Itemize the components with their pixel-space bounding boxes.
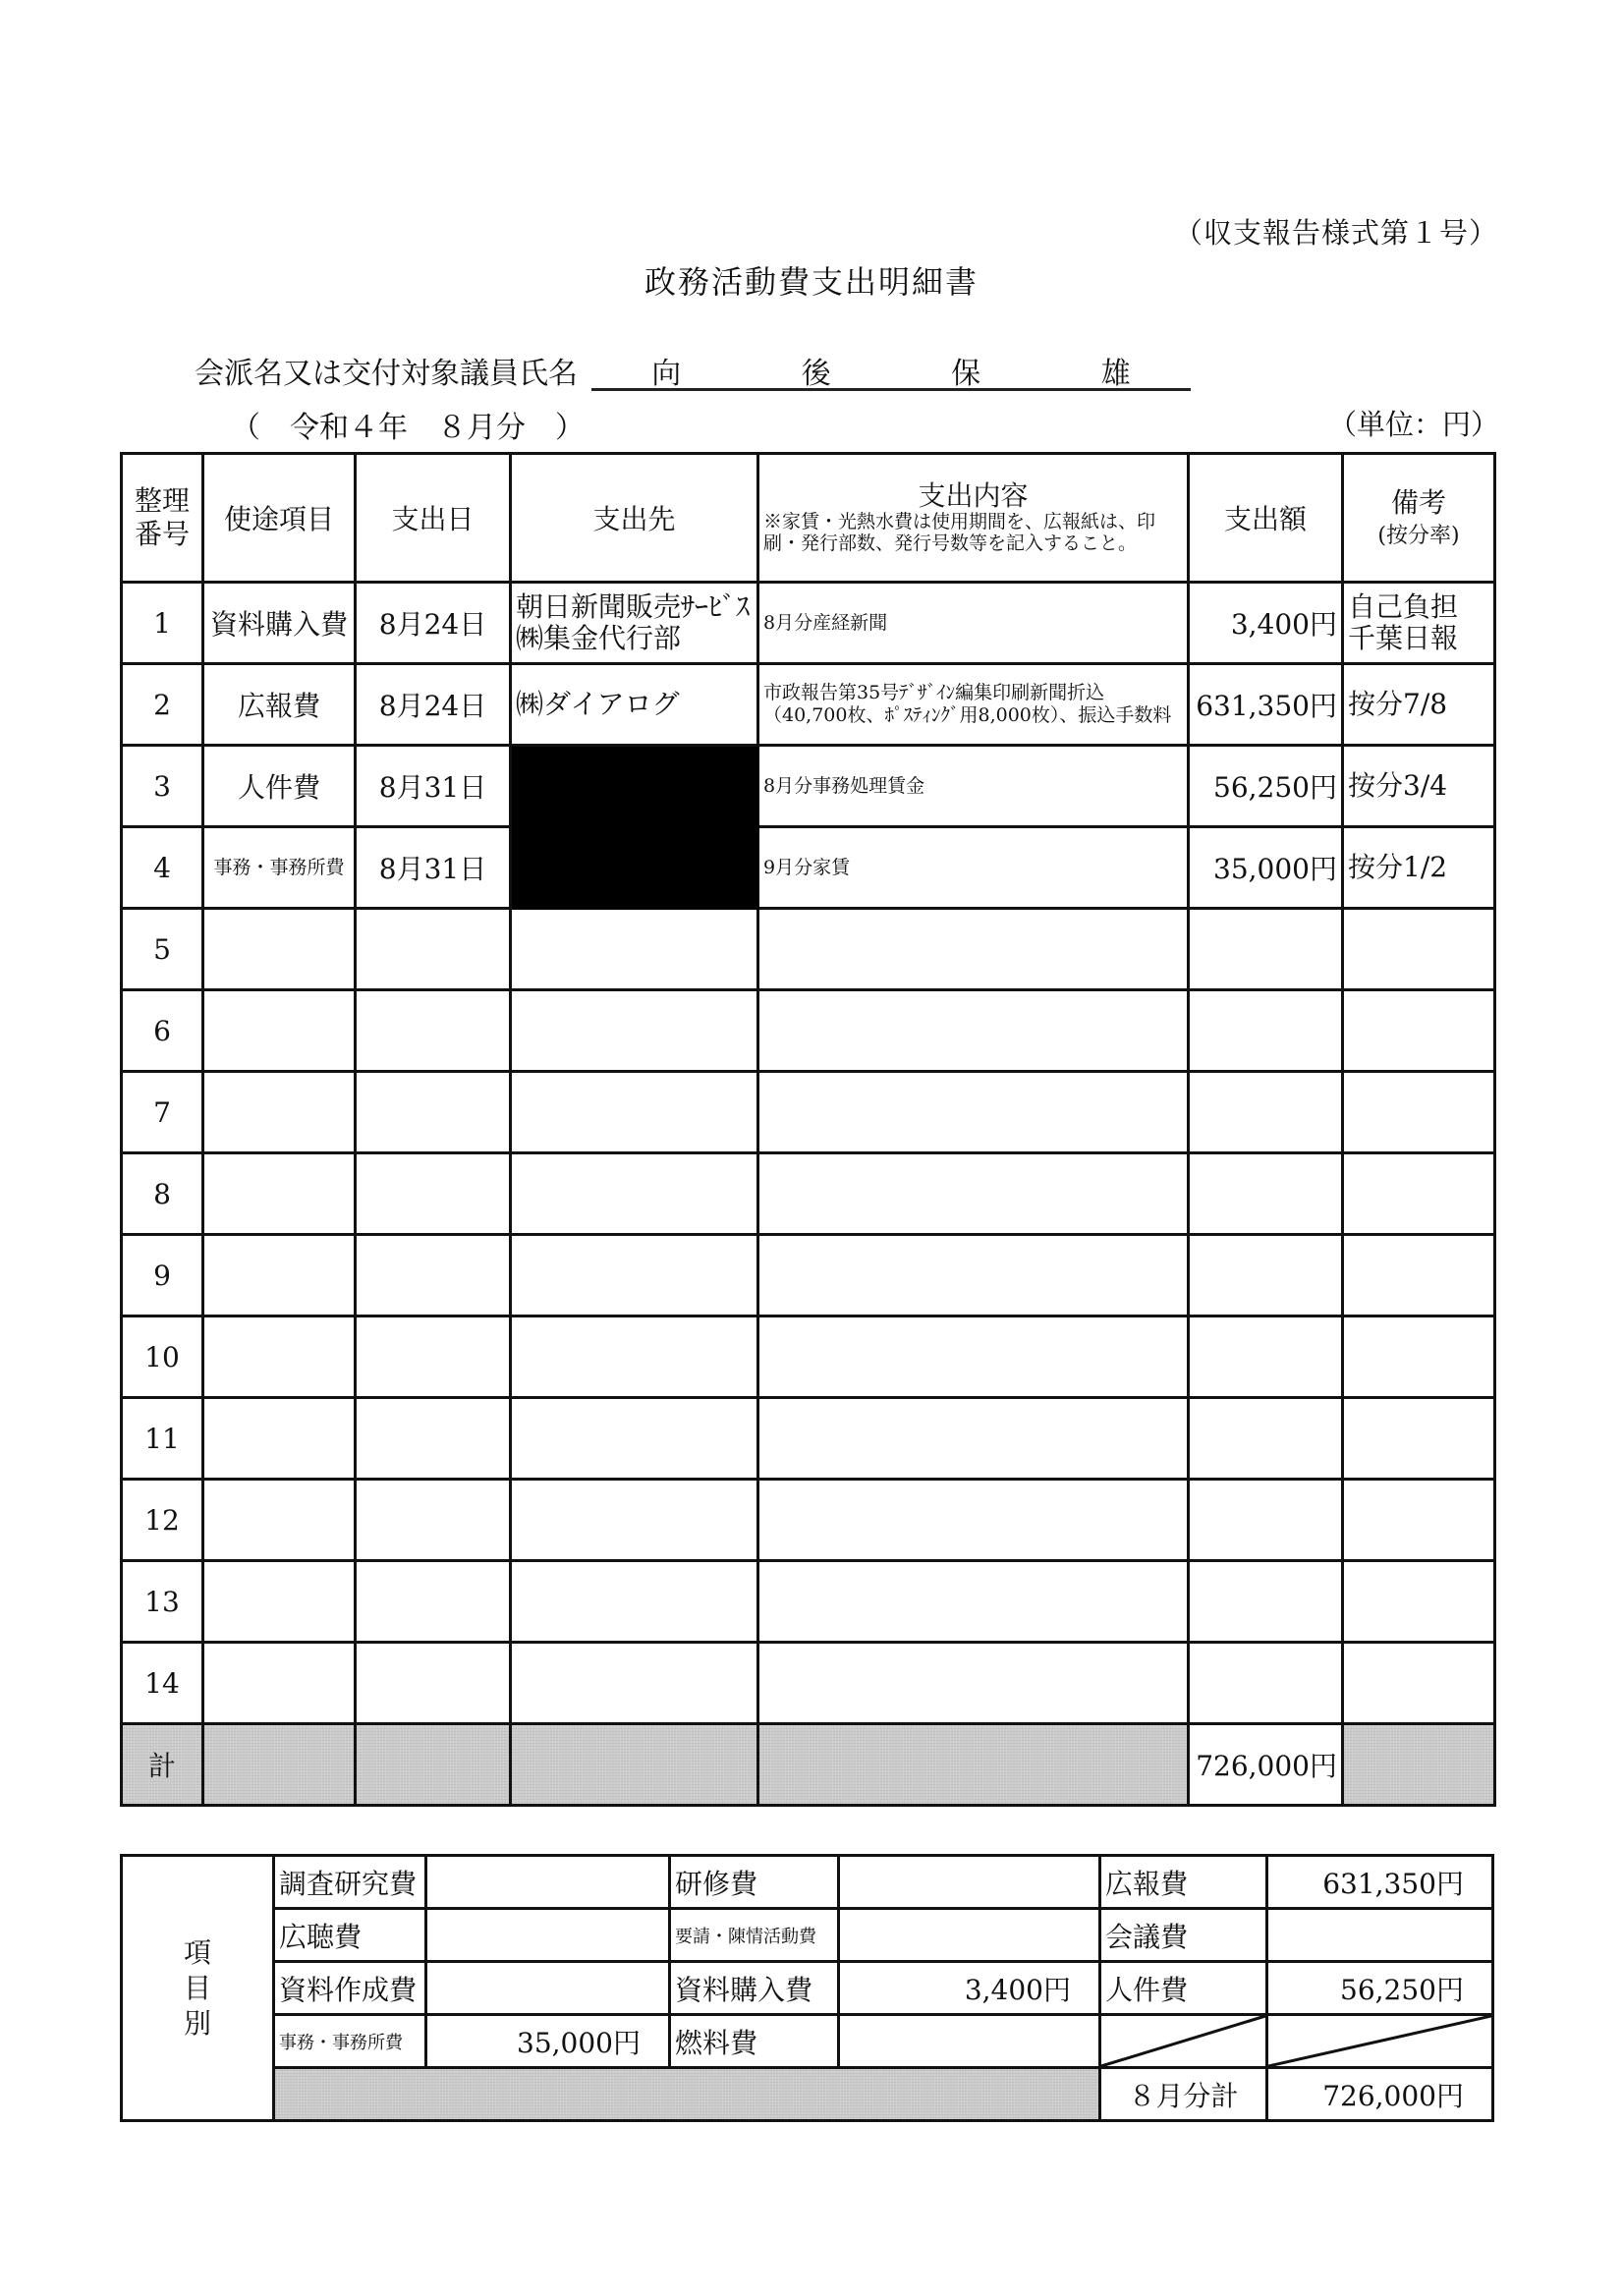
row-content bbox=[758, 909, 1189, 990]
row-amount bbox=[1189, 990, 1343, 1072]
row-no: 9 bbox=[122, 1235, 203, 1316]
summary-label: 資料購入費 bbox=[670, 1962, 839, 2015]
page-title: 政務活動費支出明細書 bbox=[0, 257, 1623, 303]
row-purpose bbox=[203, 990, 356, 1072]
row-payee bbox=[511, 909, 758, 990]
member-name-char: 向 bbox=[651, 349, 681, 388]
row-payee bbox=[511, 990, 758, 1072]
row-purpose bbox=[203, 1561, 356, 1643]
row-content: 市政報告第35号ﾃﾞｻﾞｲﾝ編集印刷新聞折込（40,700枚、ﾎﾟｽﾃｨﾝｸﾞ用… bbox=[758, 664, 1189, 746]
row-no: 11 bbox=[122, 1398, 203, 1480]
row-remarks: 自己負担 千葉日報 bbox=[1343, 583, 1495, 664]
summary-label: 事務・事務所費 bbox=[274, 2015, 426, 2068]
unit-label: （単位：円） bbox=[1328, 403, 1499, 443]
total-empty bbox=[511, 1724, 758, 1806]
row-amount: 3,400円 bbox=[1189, 583, 1343, 664]
summary-value bbox=[426, 1962, 670, 2015]
total-empty bbox=[203, 1724, 356, 1806]
summary-label: 広報費 bbox=[1100, 1856, 1267, 1909]
row-amount bbox=[1189, 1316, 1343, 1398]
row-remarks bbox=[1343, 1398, 1495, 1480]
table-row: 11 bbox=[122, 1398, 1495, 1480]
summary-value bbox=[839, 1856, 1100, 1909]
row-remarks bbox=[1343, 990, 1495, 1072]
table-row: 14 bbox=[122, 1643, 1495, 1724]
row-no: 3 bbox=[122, 746, 203, 827]
row-date: 8月31日 bbox=[356, 746, 511, 827]
row-purpose: 人件費 bbox=[203, 746, 356, 827]
row-date bbox=[356, 1316, 511, 1398]
summary-value: 631,350円 bbox=[1267, 1856, 1493, 1909]
member-label: 会派名又は交付対象議員氏名 bbox=[195, 349, 578, 392]
row-remarks bbox=[1343, 1235, 1495, 1316]
total-label: 計 bbox=[122, 1724, 203, 1806]
row-purpose: 資料購入費 bbox=[203, 583, 356, 664]
diagonal-strike-icon bbox=[1268, 2016, 1491, 2066]
table-row: 7 bbox=[122, 1072, 1495, 1153]
table-row: 6 bbox=[122, 990, 1495, 1072]
row-no: 12 bbox=[122, 1480, 203, 1561]
table-row: 2広報費8月24日㈱ダイアログ市政報告第35号ﾃﾞｻﾞｲﾝ編集印刷新聞折込（40… bbox=[122, 664, 1495, 746]
header-remarks: 備考 (按分率) bbox=[1343, 454, 1495, 583]
row-purpose bbox=[203, 1480, 356, 1561]
category-summary-table: 項 目 別 調査研究費 研修費 広報費 631,350円 広聴費 要請・陳情活動… bbox=[120, 1854, 1494, 2122]
row-date bbox=[356, 1561, 511, 1643]
row-amount bbox=[1189, 1480, 1343, 1561]
summary-label: 燃料費 bbox=[670, 2015, 839, 2068]
row-content: 9月分家賃 bbox=[758, 827, 1189, 909]
header-content: 支出内容 ※家賃・光熱水費は使用期間を、広報紙は、印刷・発行部数、発行号数等を記… bbox=[758, 454, 1189, 583]
row-purpose: 事務・事務所費 bbox=[203, 827, 356, 909]
row-no: 8 bbox=[122, 1153, 203, 1235]
row-content bbox=[758, 1153, 1189, 1235]
summary-side-label: 項 目 別 bbox=[122, 1856, 274, 2121]
summary-crossed-cell bbox=[1100, 2015, 1267, 2068]
row-remarks bbox=[1343, 1316, 1495, 1398]
header-remarks-sub: (按分率) bbox=[1344, 519, 1493, 549]
row-no: 5 bbox=[122, 909, 203, 990]
row-payee bbox=[511, 1643, 758, 1724]
row-date bbox=[356, 1643, 511, 1724]
row-payee bbox=[511, 1072, 758, 1153]
member-name-char: 雄 bbox=[1101, 349, 1131, 388]
row-date: 8月24日 bbox=[356, 583, 511, 664]
row-purpose bbox=[203, 1072, 356, 1153]
row-payee: 朝日新聞販売ｻｰﾋﾞｽ㈱集金代行部 bbox=[511, 583, 758, 664]
table-row: 13 bbox=[122, 1561, 1495, 1643]
table-row: 4事務・事務所費8月31日9月分家賃35,000円按分1/2 bbox=[122, 827, 1495, 909]
summary-label: 調査研究費 bbox=[274, 1856, 426, 1909]
row-remarks bbox=[1343, 909, 1495, 990]
month-total-label: ８月分計 bbox=[1100, 2068, 1267, 2121]
header-no: 整理 番号 bbox=[122, 454, 203, 583]
header-content-note: ※家賃・光熱水費は使用期間を、広報紙は、印刷・発行部数、発行号数等を記入すること… bbox=[759, 511, 1187, 554]
row-content bbox=[758, 990, 1189, 1072]
row-no: 10 bbox=[122, 1316, 203, 1398]
row-content: 8月分事務処理賃金 bbox=[758, 746, 1189, 827]
table-header: 整理 番号 使途項目 支出日 支出先 支出内容 ※家賃・光熱水費は使用期間を、広… bbox=[122, 454, 1495, 583]
row-purpose bbox=[203, 1153, 356, 1235]
row-purpose: 広報費 bbox=[203, 664, 356, 746]
row-amount: 631,350円 bbox=[1189, 664, 1343, 746]
summary-value bbox=[1267, 1909, 1493, 1962]
form-number: （収支報告様式第１号） bbox=[1174, 211, 1498, 252]
row-remarks bbox=[1343, 1561, 1495, 1643]
row-payee: ㈱ダイアログ bbox=[511, 664, 758, 746]
summary-crossed-cell bbox=[1267, 2015, 1493, 2068]
member-name-char: 保 bbox=[951, 349, 980, 388]
row-no: 4 bbox=[122, 827, 203, 909]
row-remarks bbox=[1343, 1643, 1495, 1724]
row-amount bbox=[1189, 909, 1343, 990]
row-date bbox=[356, 909, 511, 990]
row-amount bbox=[1189, 1153, 1343, 1235]
row-content bbox=[758, 1643, 1189, 1724]
row-no: 7 bbox=[122, 1072, 203, 1153]
row-no: 13 bbox=[122, 1561, 203, 1643]
header-amount: 支出額 bbox=[1189, 454, 1343, 583]
header-date: 支出日 bbox=[356, 454, 511, 583]
row-date bbox=[356, 1235, 511, 1316]
table-row: 8 bbox=[122, 1153, 1495, 1235]
table-row: 1資料購入費8月24日朝日新聞販売ｻｰﾋﾞｽ㈱集金代行部8月分産経新聞3,400… bbox=[122, 583, 1495, 664]
row-no: 14 bbox=[122, 1643, 203, 1724]
summary-value: 35,000円 bbox=[426, 2015, 670, 2068]
row-amount bbox=[1189, 1398, 1343, 1480]
row-remarks bbox=[1343, 1153, 1495, 1235]
row-remarks: 按分7/8 bbox=[1343, 664, 1495, 746]
row-no: 6 bbox=[122, 990, 203, 1072]
period: （ 令和４年 ８月分 ） bbox=[231, 403, 585, 446]
row-content bbox=[758, 1398, 1189, 1480]
summary-label: 広聴費 bbox=[274, 1909, 426, 1962]
row-content bbox=[758, 1235, 1189, 1316]
month-total-value: 726,000円 bbox=[1267, 2068, 1493, 2121]
table-row: 12 bbox=[122, 1480, 1495, 1561]
row-content: 8月分産経新聞 bbox=[758, 583, 1189, 664]
total-row: 計 726,000円 bbox=[122, 1724, 1495, 1806]
row-purpose bbox=[203, 1235, 356, 1316]
table-row: 3人件費8月31日8月分事務処理賃金56,250円按分3/4 bbox=[122, 746, 1495, 827]
row-payee bbox=[511, 1153, 758, 1235]
member-name: 向 後 保 雄 bbox=[591, 349, 1191, 391]
row-purpose bbox=[203, 1316, 356, 1398]
row-no: 1 bbox=[122, 583, 203, 664]
table-row: 9 bbox=[122, 1235, 1495, 1316]
expense-table: 整理 番号 使途項目 支出日 支出先 支出内容 ※家賃・光熱水費は使用期間を、広… bbox=[120, 452, 1496, 1807]
row-payee-redacted bbox=[511, 827, 758, 909]
total-empty bbox=[758, 1724, 1189, 1806]
row-remarks bbox=[1343, 1072, 1495, 1153]
row-remarks: 按分3/4 bbox=[1343, 746, 1495, 827]
table-row: 5 bbox=[122, 909, 1495, 990]
member-name-char: 後 bbox=[802, 349, 831, 388]
row-remarks bbox=[1343, 1480, 1495, 1561]
row-content bbox=[758, 1561, 1189, 1643]
summary-label: 研修費 bbox=[670, 1856, 839, 1909]
summary-value: 56,250円 bbox=[1267, 1962, 1493, 2015]
summary-value: 3,400円 bbox=[839, 1962, 1100, 2015]
diagonal-strike-icon bbox=[1101, 2016, 1265, 2066]
row-date: 8月31日 bbox=[356, 827, 511, 909]
summary-label: 会議費 bbox=[1100, 1909, 1267, 1962]
summary-shaded-area bbox=[274, 2068, 1100, 2121]
row-amount bbox=[1189, 1072, 1343, 1153]
row-payee bbox=[511, 1235, 758, 1316]
summary-label: 資料作成費 bbox=[274, 1962, 426, 2015]
row-amount: 56,250円 bbox=[1189, 746, 1343, 827]
row-purpose bbox=[203, 1398, 356, 1480]
header-payee: 支出先 bbox=[511, 454, 758, 583]
summary-label: 人件費 bbox=[1100, 1962, 1267, 2015]
summary-value bbox=[839, 2015, 1100, 2068]
header-remarks-title: 備考 bbox=[1344, 487, 1493, 519]
row-payee bbox=[511, 1316, 758, 1398]
row-remarks: 按分1/2 bbox=[1343, 827, 1495, 909]
total-amount: 726,000円 bbox=[1189, 1724, 1343, 1806]
row-purpose bbox=[203, 1643, 356, 1724]
row-content bbox=[758, 1316, 1189, 1398]
row-date bbox=[356, 1480, 511, 1561]
total-empty bbox=[1343, 1724, 1495, 1806]
row-no: 2 bbox=[122, 664, 203, 746]
table-row: 10 bbox=[122, 1316, 1495, 1398]
summary-value bbox=[426, 1909, 670, 1962]
row-payee bbox=[511, 1561, 758, 1643]
total-empty bbox=[356, 1724, 511, 1806]
summary-label: 要請・陳情活動費 bbox=[670, 1909, 839, 1962]
row-amount bbox=[1189, 1643, 1343, 1724]
row-content bbox=[758, 1480, 1189, 1561]
row-amount bbox=[1189, 1561, 1343, 1643]
row-amount bbox=[1189, 1235, 1343, 1316]
row-amount: 35,000円 bbox=[1189, 827, 1343, 909]
header-content-title: 支出内容 bbox=[759, 481, 1187, 511]
summary-value bbox=[839, 1909, 1100, 1962]
row-date: 8月24日 bbox=[356, 664, 511, 746]
row-date bbox=[356, 1398, 511, 1480]
header-purpose: 使途項目 bbox=[203, 454, 356, 583]
summary-value bbox=[426, 1856, 670, 1909]
row-payee bbox=[511, 1398, 758, 1480]
row-purpose bbox=[203, 909, 356, 990]
row-payee-redacted bbox=[511, 746, 758, 827]
row-payee bbox=[511, 1480, 758, 1561]
row-date bbox=[356, 990, 511, 1072]
row-content bbox=[758, 1072, 1189, 1153]
row-date bbox=[356, 1072, 511, 1153]
row-date bbox=[356, 1153, 511, 1235]
